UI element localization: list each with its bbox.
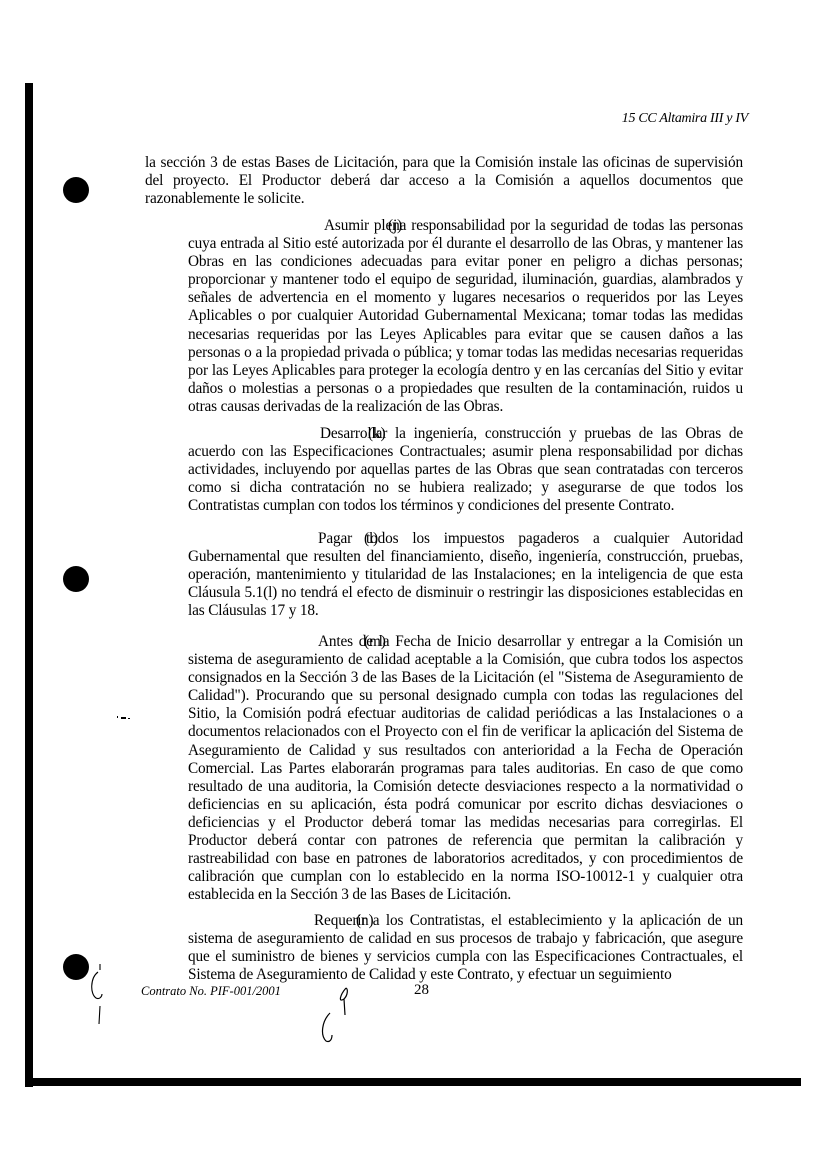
scan-border-bottom (25, 1078, 801, 1086)
paragraph-label: (l) (276, 530, 318, 548)
paragraph-text: la sección 3 de estas Bases de Licitació… (145, 154, 743, 207)
binding-hole-middle (63, 566, 89, 592)
scan-speck-icon (117, 716, 131, 720)
signature-initials-icon (318, 985, 362, 1047)
paragraph-text: Pagar todos los impuestos pagaderos a cu… (188, 530, 743, 619)
paragraph-label: (m) (276, 633, 318, 651)
paragraph-label: (j) (288, 217, 324, 235)
contract-number-footer: Contrato No. PIF-001/2001 (141, 984, 281, 999)
scan-border-left (25, 83, 33, 1087)
binding-hole-top (63, 177, 89, 203)
paragraph-text: Asumir plena responsabilidad por la segu… (188, 217, 743, 415)
paragraph-label: (k) (278, 425, 320, 443)
paragraph-label: (n) (272, 912, 314, 930)
paragraph-continuation: la sección 3 de estas Bases de Licitació… (145, 154, 743, 208)
binding-hole-bottom (63, 954, 89, 980)
paragraph-n: (n)Requerir a los Contratistas, el estab… (188, 912, 743, 984)
paragraph-j: (j)Asumir plena responsabilidad por la s… (188, 217, 743, 416)
paragraph-m: (m)Antes de la Fecha de Inicio desarroll… (188, 633, 743, 904)
paragraph-text: Antes de la Fecha de Inicio desarrollar … (188, 633, 743, 903)
document-reference-header: 15 CC Altamira III y IV (622, 111, 748, 127)
page-number: 28 (414, 982, 429, 999)
paragraph-k: (k)Desarrollar la ingeniería, construcci… (188, 425, 743, 515)
handwritten-margin-mark-icon (88, 960, 118, 1040)
paragraph-l: (l)Pagar todos los impuestos pagaderos a… (188, 530, 743, 620)
paragraph-text: Desarrollar la ingeniería, construcción … (188, 425, 743, 514)
